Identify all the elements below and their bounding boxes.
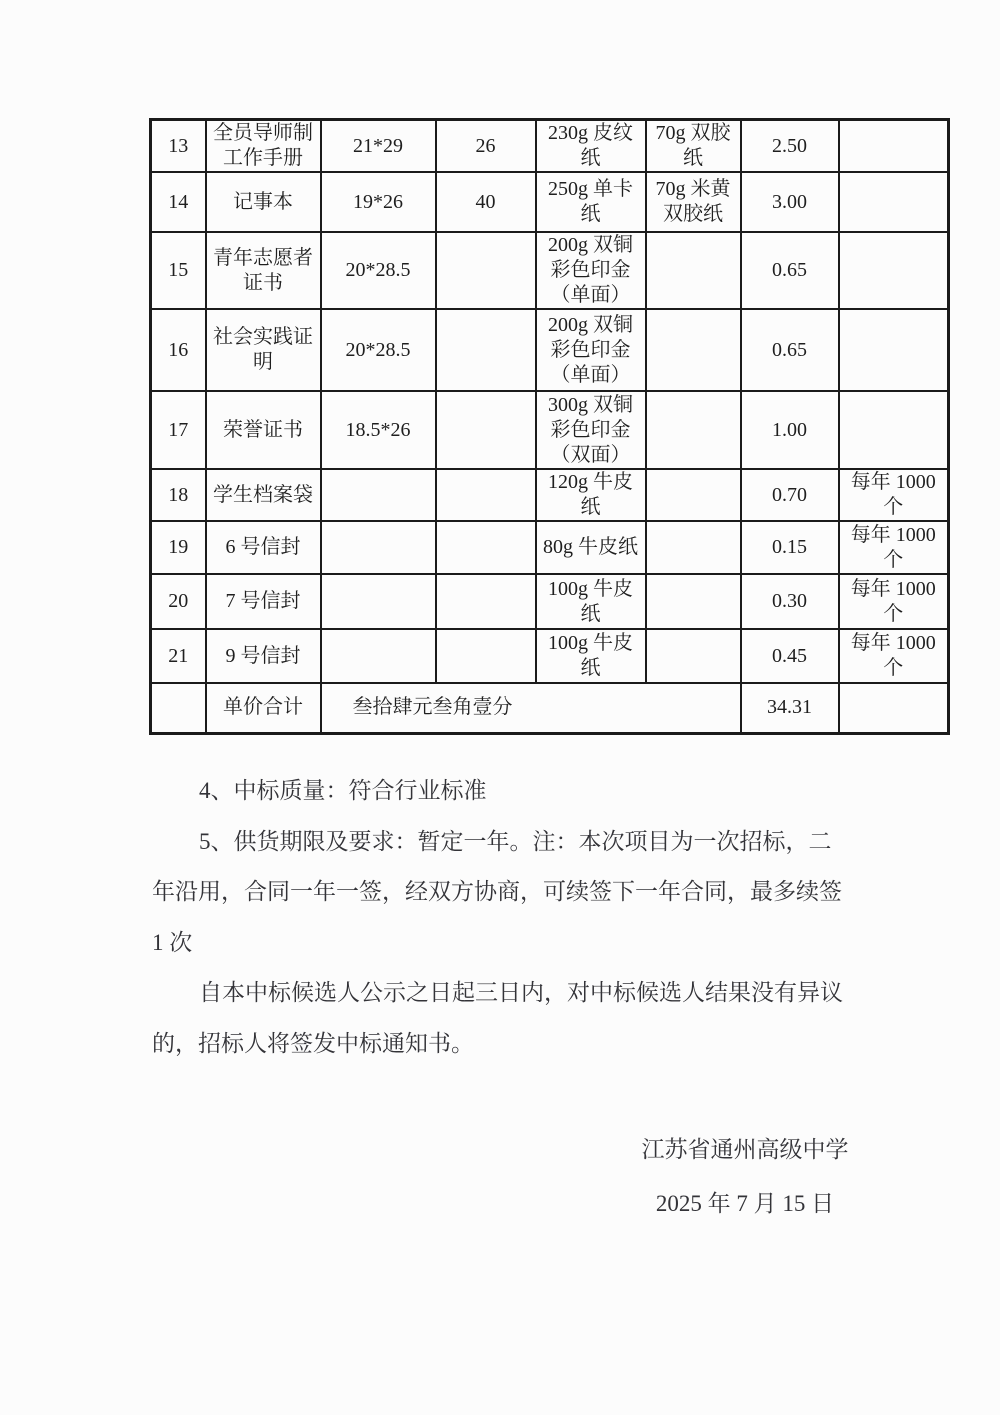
cell-cover: 70g 双胶 纸 — [646, 120, 741, 173]
cell-seq: 21 — [151, 629, 206, 683]
table-row: 17荣誉证书18.5*26300g 双铜 彩色印金 （双面）1.00 — [151, 391, 949, 469]
cell-paper: 200g 双铜 彩色印金 （单面） — [536, 232, 646, 309]
paragraph-supply-line-1: 5、供货期限及要求：暂定一年。注：本次项目为一次招标，二 — [152, 817, 892, 868]
cell-remark — [839, 120, 949, 173]
cell-item: 学生档案袋 — [206, 469, 321, 521]
cell-paper: 80g 牛皮纸 — [536, 521, 646, 574]
table-row: 196 号信封80g 牛皮纸0.15每年 1000 个 — [151, 521, 949, 574]
table-row: 16社会实践证 明20*28.5200g 双铜 彩色印金 （单面）0.65 — [151, 309, 949, 391]
cell-unit-price: 2.50 — [741, 120, 839, 173]
cell-cover — [646, 391, 741, 469]
cell-seq: 18 — [151, 469, 206, 521]
cell-pages — [436, 629, 536, 683]
body-text: 4、中标质量：符合行业标准 5、供货期限及要求：暂定一年。注：本次项目为一次招标… — [152, 766, 892, 1069]
cell-size — [321, 574, 436, 629]
cell-item: 单价合计 — [206, 683, 321, 733]
cell-amount-in-words: 叁拾肆元叁角壹分 — [321, 683, 741, 733]
cell-paper: 300g 双铜 彩色印金 （双面） — [536, 391, 646, 469]
paragraph-supply-line-3: 1 次 — [152, 918, 892, 969]
table-row: 15青年志愿者 证书20*28.5200g 双铜 彩色印金 （单面）0.65 — [151, 232, 949, 309]
cell-cover — [646, 574, 741, 629]
cell-remark — [839, 232, 949, 309]
cell-size — [321, 469, 436, 521]
cell-seq: 17 — [151, 391, 206, 469]
cell-unit-price: 0.15 — [741, 521, 839, 574]
cell-cover: 70g 米黄 双胶纸 — [646, 172, 741, 232]
cell-cover — [646, 629, 741, 683]
cell-unit-price: 0.65 — [741, 309, 839, 391]
cell-size — [321, 629, 436, 683]
cell-pages: 26 — [436, 120, 536, 173]
cell-unit-price: 1.00 — [741, 391, 839, 469]
cell-cover — [646, 521, 741, 574]
cell-item: 记事本 — [206, 172, 321, 232]
cell-pages — [436, 391, 536, 469]
cell-item: 青年志愿者 证书 — [206, 232, 321, 309]
cell-item: 社会实践证 明 — [206, 309, 321, 391]
cell-pages — [436, 521, 536, 574]
signature-org: 江苏省通州高级中学 — [545, 1123, 945, 1177]
cell-unit-price: 0.30 — [741, 574, 839, 629]
cell-unit-price: 0.65 — [741, 232, 839, 309]
cell-paper: 120g 牛皮 纸 — [536, 469, 646, 521]
cell-cover — [646, 469, 741, 521]
cell-remark — [839, 172, 949, 232]
table-row: 13全员导师制 工作手册21*2926230g 皮纹 纸70g 双胶 纸2.50 — [151, 120, 949, 173]
table-row: 18学生档案袋120g 牛皮 纸0.70每年 1000 个 — [151, 469, 949, 521]
cell-cover — [646, 309, 741, 391]
document-page: 13全员导师制 工作手册21*2926230g 皮纹 纸70g 双胶 纸2.50… — [0, 0, 1000, 1415]
cell-seq: 15 — [151, 232, 206, 309]
paragraph-notice-line-2: 的，招标人将签发中标通知书。 — [152, 1019, 892, 1070]
cell-size: 21*29 — [321, 120, 436, 173]
cell-seq — [151, 683, 206, 733]
cell-pages: 40 — [436, 172, 536, 232]
cell-seq: 16 — [151, 309, 206, 391]
cell-item: 荣誉证书 — [206, 391, 321, 469]
cell-seq: 20 — [151, 574, 206, 629]
cell-cover — [646, 232, 741, 309]
cell-item: 7 号信封 — [206, 574, 321, 629]
cell-remark — [839, 391, 949, 469]
cell-remark: 每年 1000 个 — [839, 629, 949, 683]
cell-remark: 每年 1000 个 — [839, 574, 949, 629]
signature-block: 江苏省通州高级中学 2025 年 7 月 15 日 — [545, 1123, 945, 1231]
cell-remark — [839, 683, 949, 733]
cell-item: 6 号信封 — [206, 521, 321, 574]
cell-pages — [436, 574, 536, 629]
cell-unit-price: 0.45 — [741, 629, 839, 683]
table-row: 14记事本19*2640250g 单卡 纸70g 米黄 双胶纸3.00 — [151, 172, 949, 232]
cell-item: 全员导师制 工作手册 — [206, 120, 321, 173]
cell-size: 19*26 — [321, 172, 436, 232]
cell-size: 18.5*26 — [321, 391, 436, 469]
cell-item: 9 号信封 — [206, 629, 321, 683]
paragraph-supply-line-2: 年沿用，合同一年一签，经双方协商，可续签下一年合同，最多续签 — [152, 867, 892, 918]
cell-unit-price: 3.00 — [741, 172, 839, 232]
cell-remark: 每年 1000 个 — [839, 469, 949, 521]
cell-paper: 250g 单卡 纸 — [536, 172, 646, 232]
items-table-body: 13全员导师制 工作手册21*2926230g 皮纹 纸70g 双胶 纸2.50… — [151, 120, 949, 734]
cell-seq: 19 — [151, 521, 206, 574]
cell-unit-price: 0.70 — [741, 469, 839, 521]
cell-size — [321, 521, 436, 574]
table-row: 单价合计叁拾肆元叁角壹分34.31 — [151, 683, 949, 733]
cell-seq: 13 — [151, 120, 206, 173]
cell-pages — [436, 309, 536, 391]
signature-date: 2025 年 7 月 15 日 — [545, 1177, 945, 1231]
cell-remark: 每年 1000 个 — [839, 521, 949, 574]
cell-seq: 14 — [151, 172, 206, 232]
cell-unit-price: 34.31 — [741, 683, 839, 733]
cell-pages — [436, 232, 536, 309]
cell-paper: 100g 牛皮 纸 — [536, 629, 646, 683]
items-table: 13全员导师制 工作手册21*2926230g 皮纹 纸70g 双胶 纸2.50… — [149, 118, 950, 735]
cell-paper: 200g 双铜 彩色印金 （单面） — [536, 309, 646, 391]
cell-pages — [436, 469, 536, 521]
paragraph-quality: 4、中标质量：符合行业标准 — [152, 766, 892, 817]
table-row: 219 号信封100g 牛皮 纸0.45每年 1000 个 — [151, 629, 949, 683]
paragraph-notice-line-1: 自本中标候选人公示之日起三日内，对中标候选人结果没有异议 — [152, 968, 892, 1019]
table-row: 207 号信封100g 牛皮 纸0.30每年 1000 个 — [151, 574, 949, 629]
cell-paper: 230g 皮纹 纸 — [536, 120, 646, 173]
cell-remark — [839, 309, 949, 391]
cell-size: 20*28.5 — [321, 232, 436, 309]
cell-size: 20*28.5 — [321, 309, 436, 391]
cell-paper: 100g 牛皮 纸 — [536, 574, 646, 629]
